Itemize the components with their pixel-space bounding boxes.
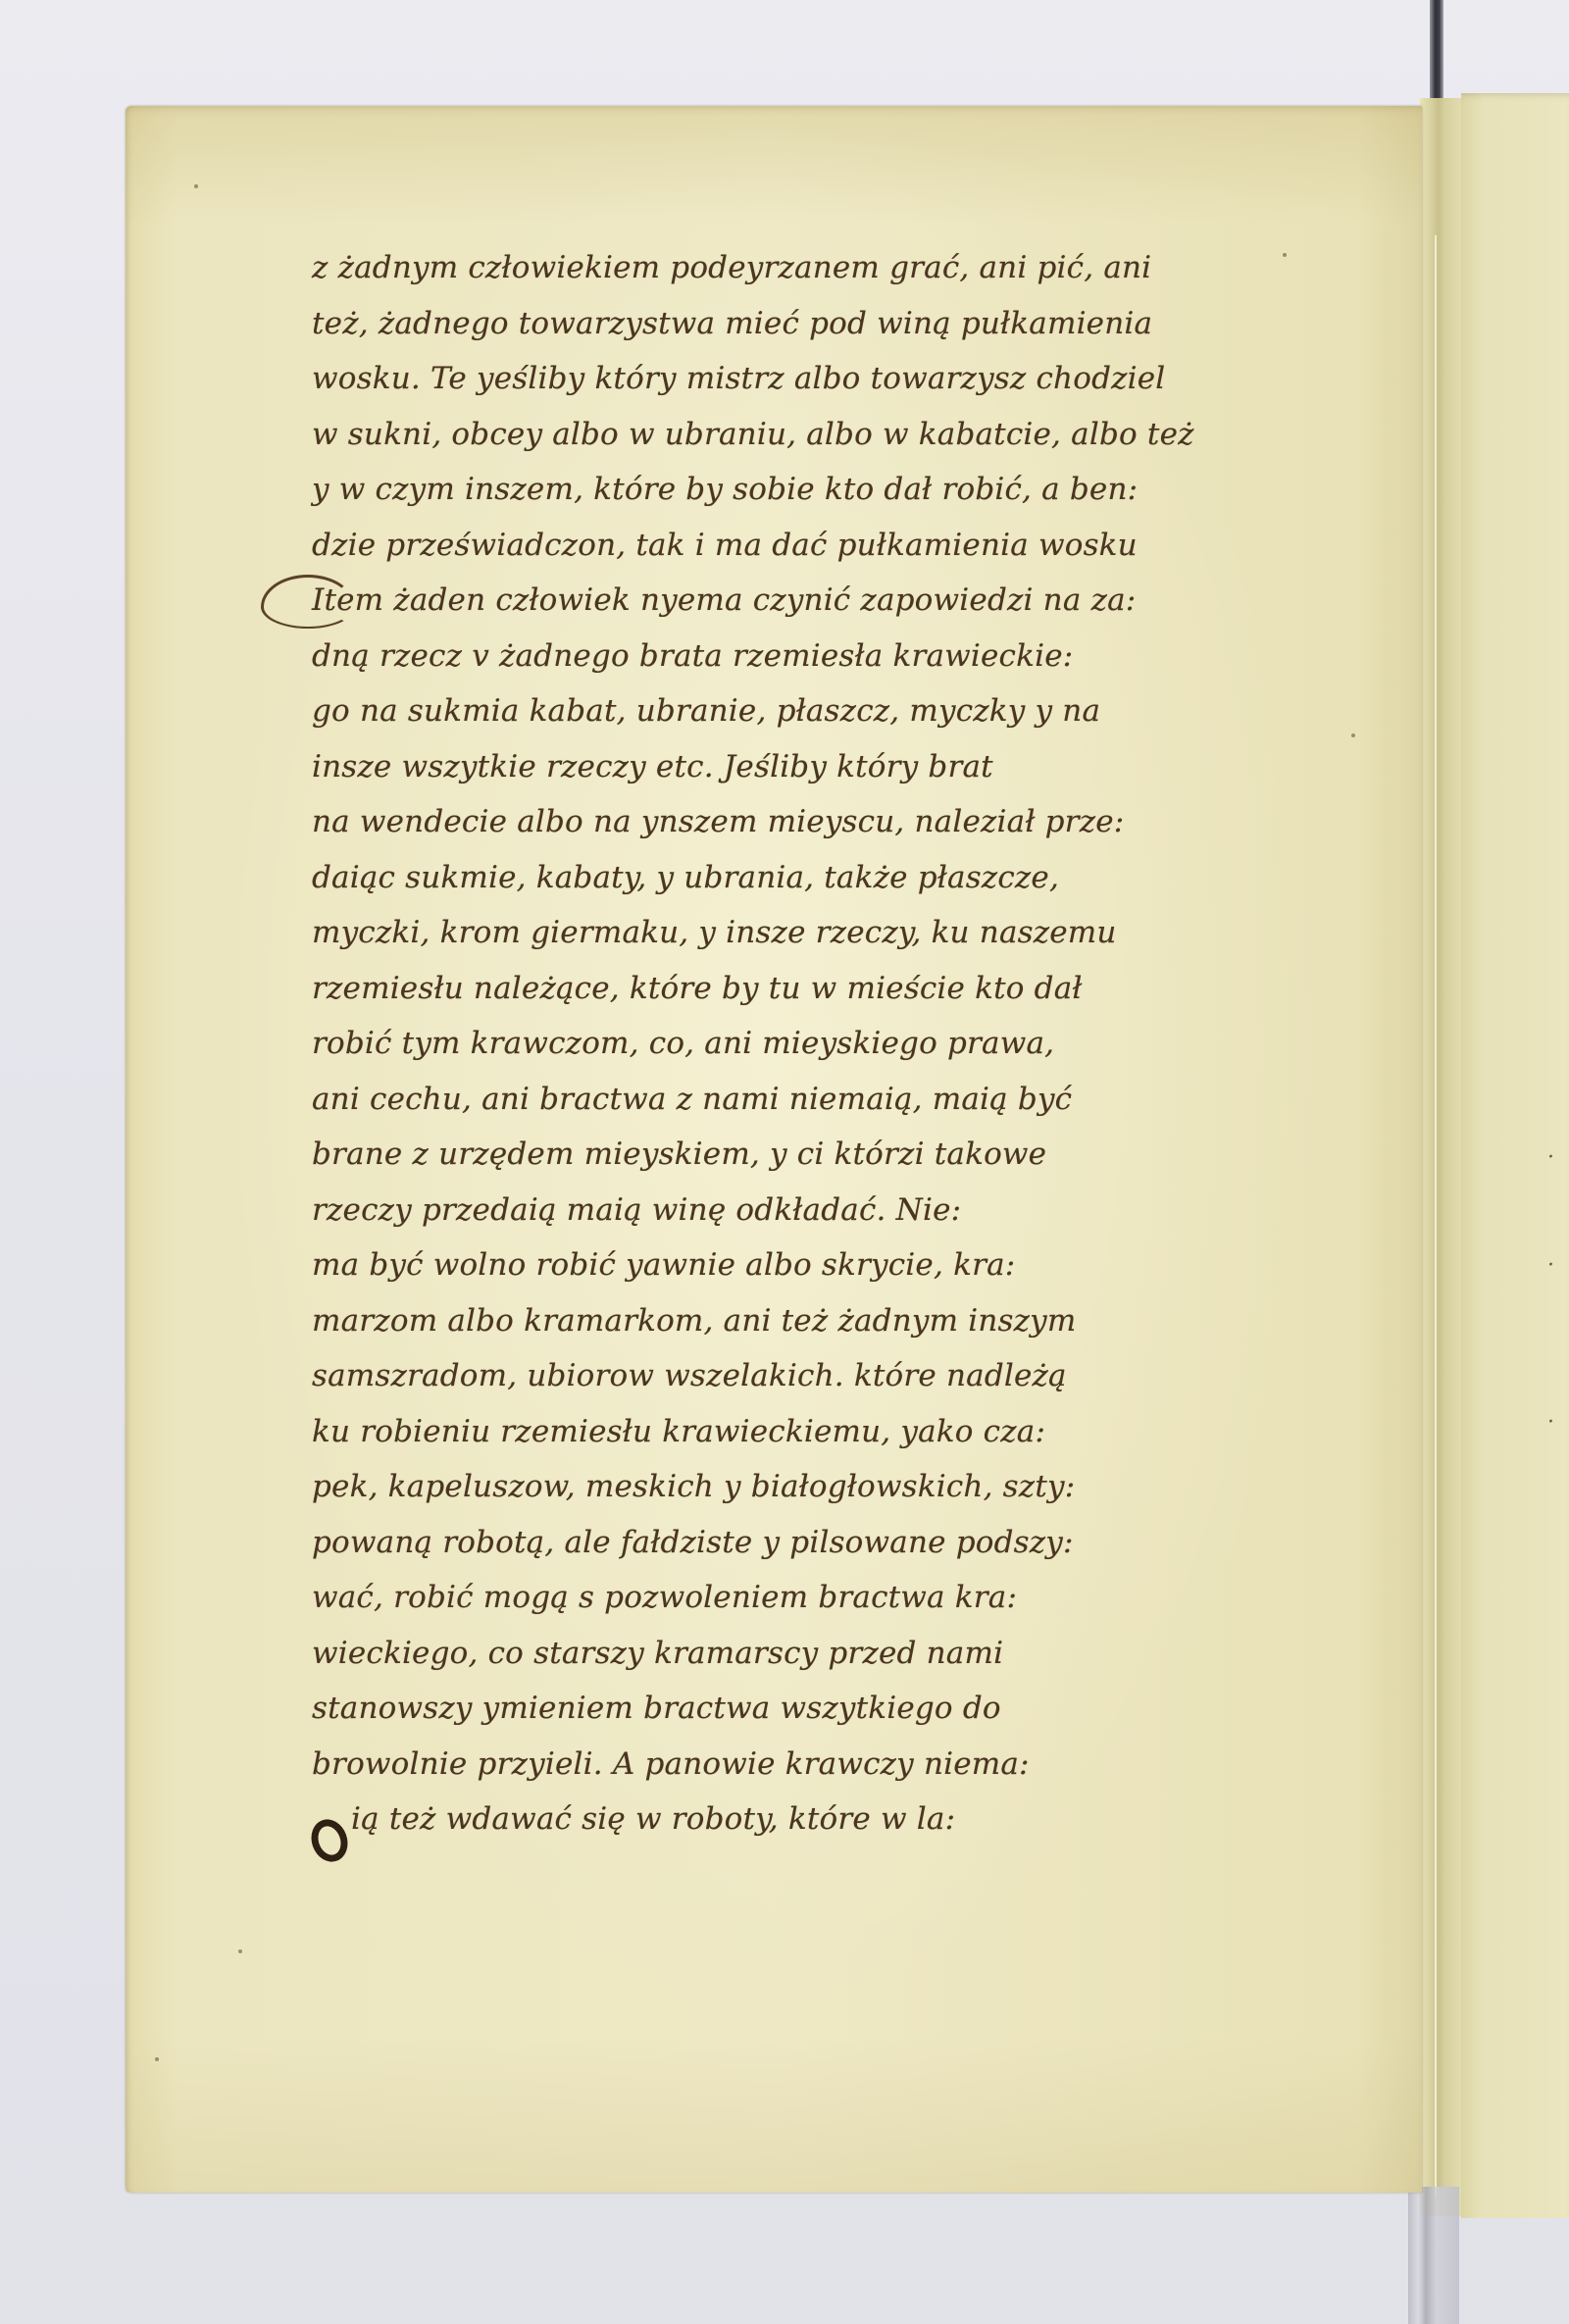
facing-page-text-fragment: · [1547,1412,1554,1434]
manuscript-line: marzom albo kramarkom, ani też żadnym in… [312,1293,1292,1349]
manuscript-line-item: Item żaden człowiek nyema czynić zapowie… [312,573,1292,629]
manuscript-line: brane z urzędem mieyskiem, y ci którzi t… [312,1127,1292,1183]
manuscript-line: browolnie przyieli. A panowie krawczy ni… [312,1737,1292,1793]
manuscript-line: ani cechu, ani bractwa z nami niemaią, m… [312,1072,1292,1128]
manuscript-line: stanowszy ymieniem bractwa wszytkiego do [312,1681,1292,1737]
foxing-spot [155,2057,159,2061]
manuscript-text-block: z żadnym człowiekiem podeyrzanem grać, a… [312,240,1292,1847]
manuscript-line: dną rzecz v żadnego brata rzemiesła kraw… [312,629,1292,684]
foxing-spot [194,184,198,188]
foxing-spot [238,1949,242,1953]
manuscript-line: wosku. Te yeśliby który mistrz albo towa… [312,351,1292,407]
foxing-spot [1351,733,1355,737]
manuscript-line: na wendecie albo na ynszem mieyscu, nale… [312,794,1292,850]
book-gutter [1420,98,1461,2216]
facing-page-text-fragment: · [1547,1255,1554,1277]
manuscript-line: ią też wdawać się w roboty, które w la: [312,1792,1292,1847]
manuscript-line: wać, robić mogą s pozwoleniem bractwa kr… [312,1570,1292,1626]
manuscript-line: powaną robotą, ale fałdziste y pilsowane… [312,1515,1292,1571]
manuscript-line: z żadnym człowiekiem podeyrzanem grać, a… [312,240,1292,296]
manuscript-line: ku robieniu rzemiesłu krawieckiemu, yako… [312,1404,1292,1460]
manuscript-line: w sukni, obcey albo w ubraniu, albo w ka… [312,407,1292,463]
manuscript-line: robić tym krawczom, co, ani mieyskiego p… [312,1016,1292,1072]
manuscript-line: wieckiego, co starszy kramarscy przed na… [312,1626,1292,1682]
binding-clip-bottom [1408,2187,1459,2324]
facing-page-text-fragment: · [1547,1147,1554,1169]
manuscript-line: ma być wolno robić yawnie albo skrycie, … [312,1238,1292,1293]
manuscript-line: daiąc sukmie, kabaty, y ubrania, także p… [312,850,1292,906]
manuscript-line: y w czym inszem, które by sobie kto dał … [312,462,1292,518]
gutter-highlight [1435,235,1437,2197]
binding-clip-top [1430,0,1443,100]
manuscript-line-text: Item żaden człowiek nyema czynić zapowie… [312,582,1136,618]
manuscript-line: dzie przeświadczon, tak i ma dać pułkami… [312,518,1292,574]
manuscript-line: go na sukmia kabat, ubranie, płaszcz, my… [312,683,1292,739]
manuscript-line: rzeczy przedaią maią winę odkładać. Nie: [312,1183,1292,1238]
manuscript-line: pek, kapeluszow, meskich y białogłowskic… [312,1459,1292,1515]
manuscript-line: myczki, krom giermaku, y insze rzeczy, k… [312,905,1292,961]
manuscript-line: rzemiesłu należące, które by tu w mieści… [312,961,1292,1017]
manuscript-line: insze wszytkie rzeczy etc. Jeśliby który… [312,739,1292,795]
manuscript-line: też, żadnego towarzystwa mieć pod winą p… [312,296,1292,352]
manuscript-line: samszradom, ubiorow wszelakich. które na… [312,1348,1292,1404]
